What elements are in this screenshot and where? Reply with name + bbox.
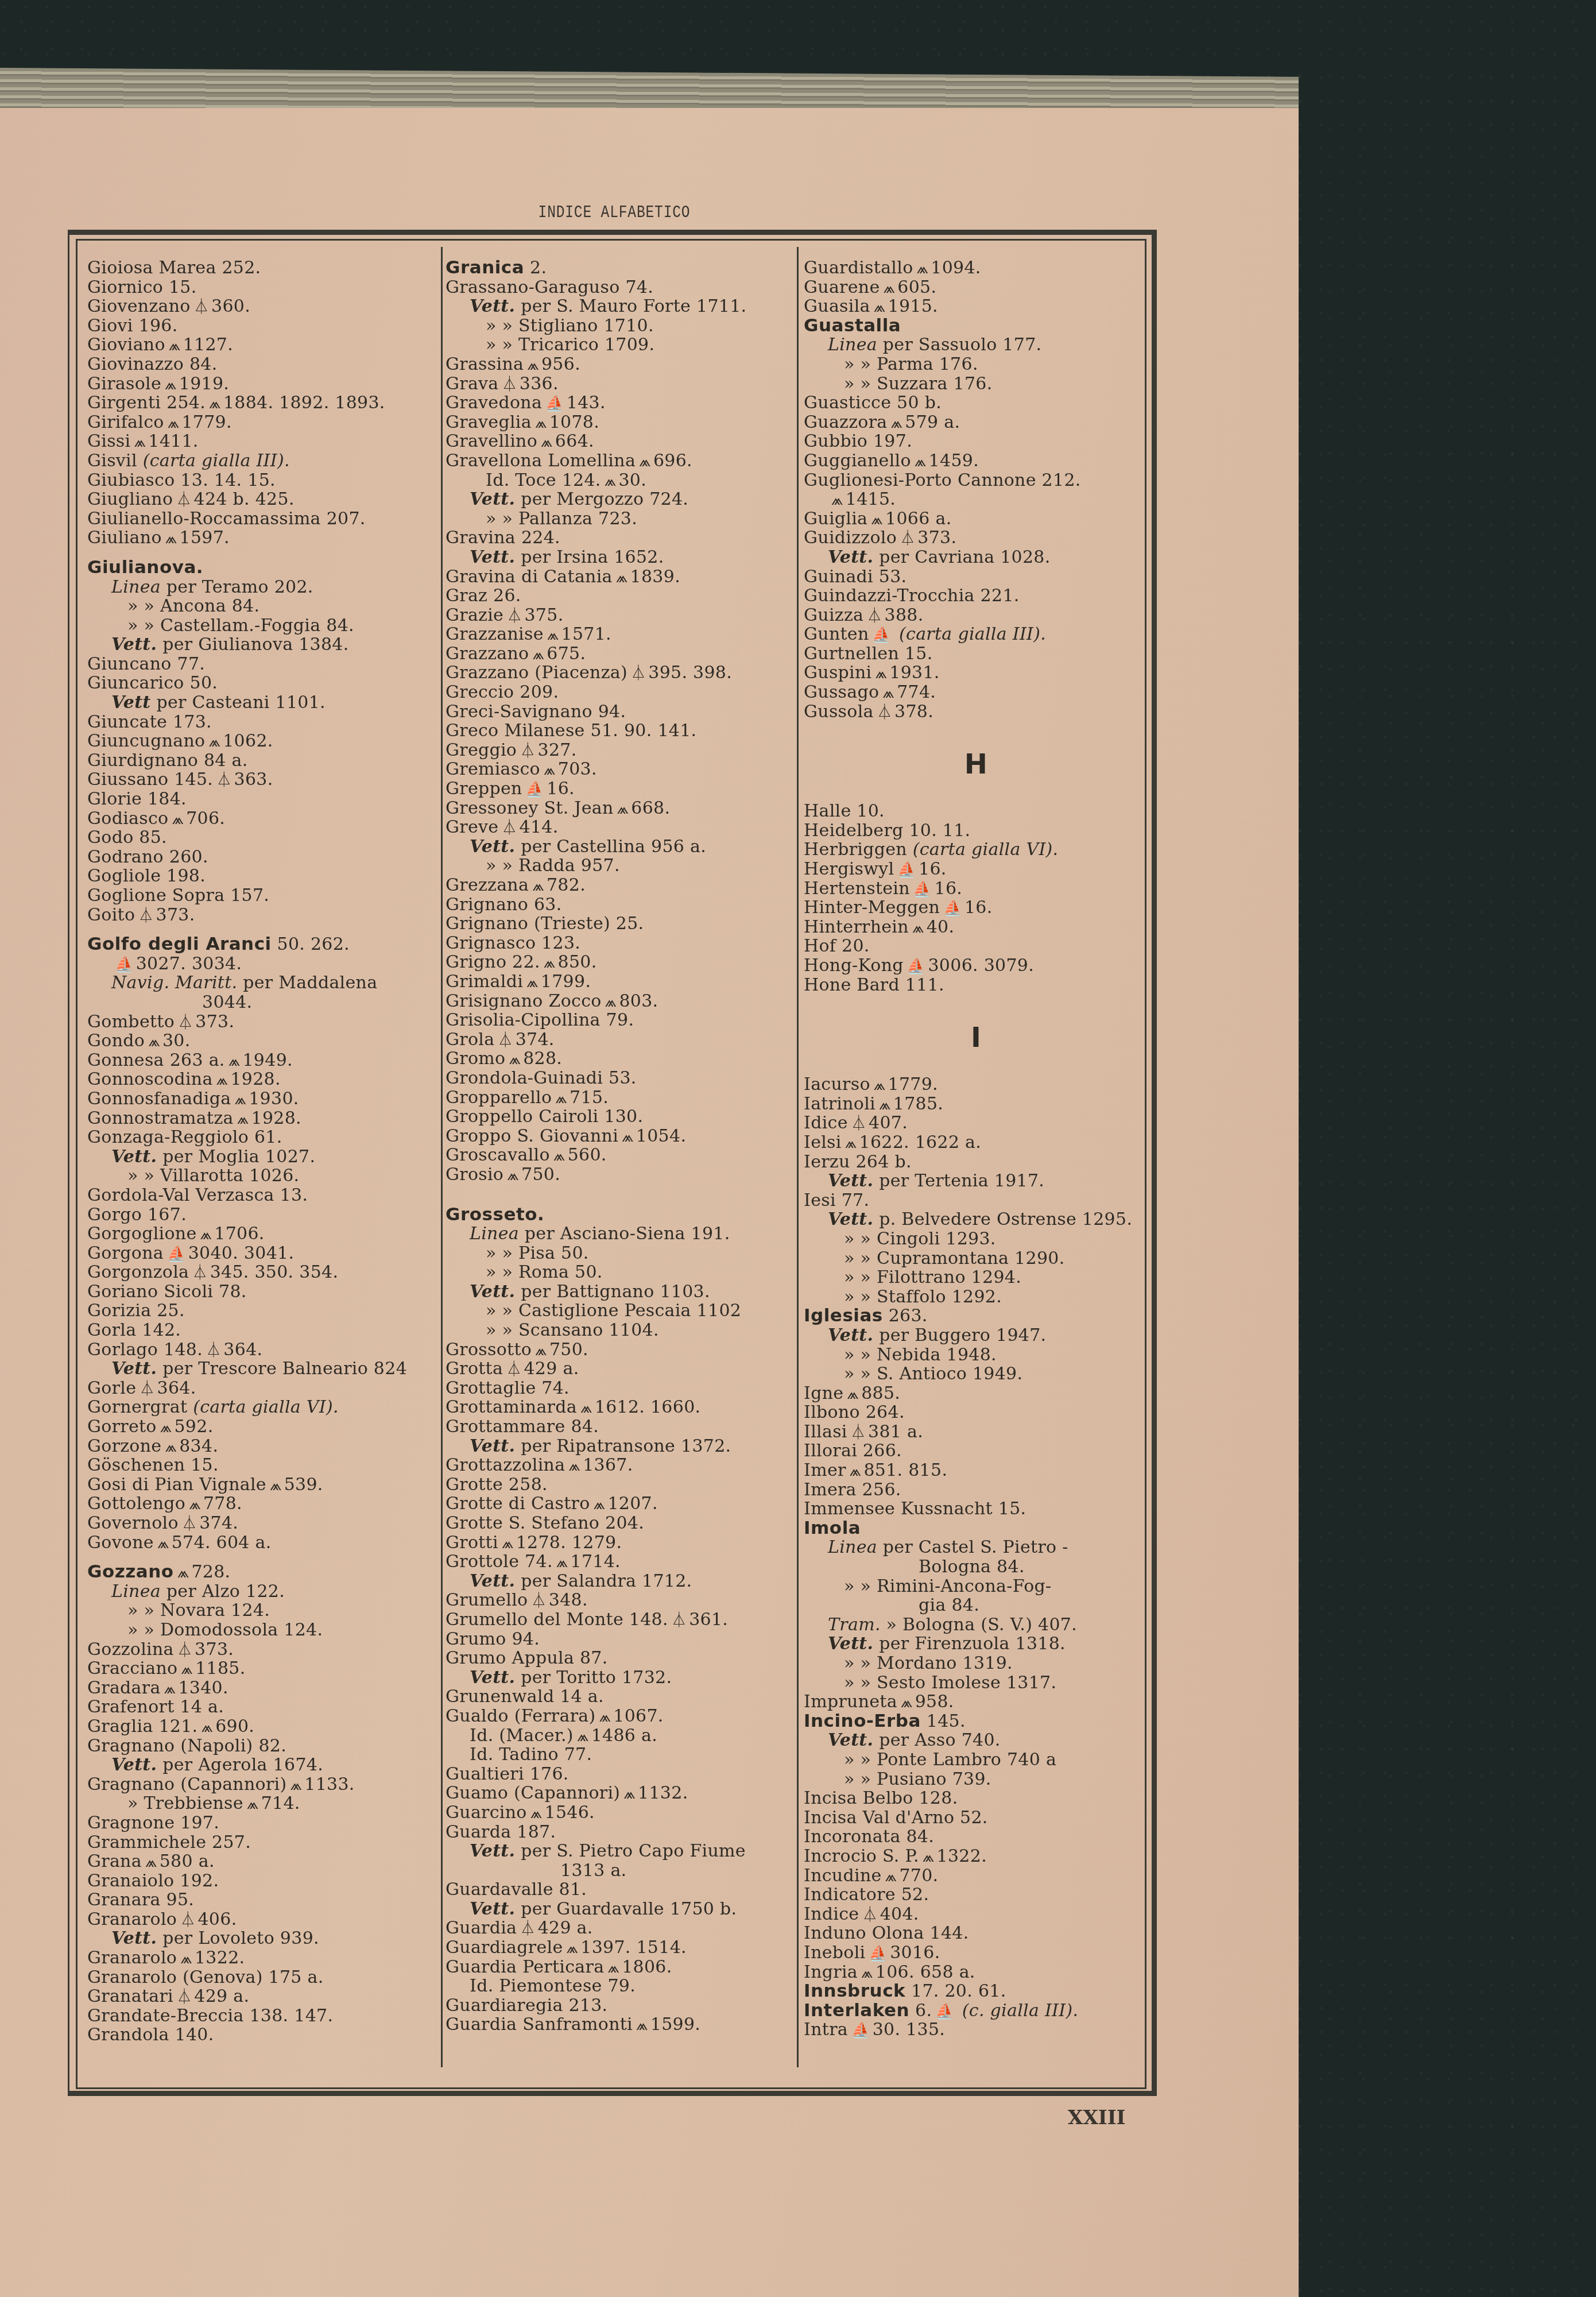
entry-text: Id. (Macer.)	[470, 1726, 574, 1746]
index-column-2: Granica 2.Grassano-Garaguso 74.Vett. per…	[446, 258, 790, 2035]
entry-refs: 1622. 1622 a.	[859, 1132, 982, 1153]
post-coach-icon: ⩕	[553, 1147, 565, 1166]
entry-text: Guardavalle 81.	[446, 1880, 587, 1900]
entry-text: Gozzolina	[87, 1639, 174, 1660]
entry-text: » Trebbiense	[127, 1793, 243, 1813]
entry-text: Gorzone	[87, 1436, 161, 1456]
tram-bell-icon: ⏃	[851, 1424, 866, 1443]
entry-text: Guardia Perticara	[446, 1957, 604, 1977]
index-entry: Guardia Sanframonti⩕1599.	[446, 2015, 790, 2035]
entry-text: Gussago	[804, 682, 879, 702]
steamboat-icon: ⛵	[913, 880, 932, 900]
post-coach-icon: ⩕	[535, 1341, 547, 1361]
index-sub-entry: » » Nebida 1948.	[804, 1345, 1148, 1365]
tram-bell-icon: ⏃	[177, 1988, 192, 2008]
entry-refs: 1919.	[179, 374, 229, 394]
index-sub-entry: Vett. per Trescore Balneario 824	[87, 1359, 432, 1379]
index-entry: Grosio⩕750.	[446, 1165, 790, 1185]
post-coach-icon: ⩕	[160, 1418, 172, 1438]
entry-text: Guasticce 50 b.	[804, 393, 942, 413]
index-entry: Guiglia⩕1066 a.	[804, 509, 1148, 529]
entry-refs: 1839.	[630, 567, 680, 587]
index-sub-entry: » » S. Antioco 1949.	[804, 1364, 1148, 1384]
post-coach-icon: ⩕	[850, 1462, 862, 1482]
index-entry: Groscavallo⩕560.	[446, 1146, 790, 1165]
entry-text: Grandate-Breccia 138. 147.	[87, 2006, 333, 2026]
index-sub-entry: Vett. per Agerola 1674.	[87, 1755, 432, 1775]
index-entry: Grottazzolina⩕1367.	[446, 1456, 790, 1475]
index-sub-entry: Vett. per Cavriana 1028.	[804, 548, 1148, 567]
entry-text: Grumello del Monte 148.	[446, 1610, 668, 1630]
entry-refs: 560.	[568, 1145, 607, 1165]
index-entry: Hof 20.	[804, 937, 1148, 956]
index-entry: Godiasco⩕706.	[87, 809, 432, 829]
index-entry: Granarolo⩕1322.	[87, 1948, 432, 1968]
entry-text: Grondola-Guinadi 53.	[446, 1068, 637, 1088]
route-type-label: Linea	[828, 1537, 877, 1557]
index-entry: Grottammare 84.	[446, 1417, 790, 1437]
entry-text: Bologna 84.	[919, 1557, 1025, 1577]
entry-refs: 1133.	[304, 1774, 354, 1795]
entry-refs: 1930.	[249, 1089, 299, 1109]
entry-text: per Trescore Balneario 824	[162, 1359, 407, 1379]
index-sub-entry: » » Scansano 1104.	[446, 1321, 790, 1340]
entry-refs: 728.	[191, 1562, 230, 1582]
index-entry: Gravellino⩕664.	[446, 432, 790, 451]
entry-text: 1415.	[846, 489, 896, 509]
entry-refs: 381 a.	[868, 1422, 923, 1442]
entry-refs: 1322.	[195, 1948, 245, 1968]
entry-refs: 404.	[880, 1904, 919, 1924]
entry-text: Idice	[804, 1113, 848, 1133]
route-type-label: Linea	[111, 577, 161, 597]
index-entry: Guamo (Capannori)⩕1132.	[446, 1784, 790, 1803]
entry-refs: 668.	[631, 798, 670, 818]
index-entry: Grigno 22.⩕850.	[446, 953, 790, 972]
post-coach-icon: ⩕	[555, 1089, 567, 1109]
entry-text: Gorla 142.	[87, 1320, 181, 1340]
index-entry: Goglione Sopra 157.	[87, 886, 432, 906]
entry-refs: 388.	[885, 605, 924, 625]
entry-text: Guidizzolo	[804, 528, 897, 548]
entry-refs: 956.	[541, 354, 580, 374]
index-sub-entry: Tram. » Bologna (S. V.) 407.	[804, 1615, 1148, 1635]
index-entry: Gosi di Pian Vignale⩕539.	[87, 1475, 432, 1495]
post-coach-icon: ⩕	[577, 1727, 589, 1747]
entry-text: Ineboli	[804, 1943, 865, 1963]
entry-refs: 1546.	[545, 1803, 595, 1823]
tram-bell-icon: ⏃	[192, 1264, 207, 1283]
entry-text: per Agerola 1674.	[162, 1755, 323, 1775]
entry-text: Guardiagrele	[446, 1938, 563, 1958]
post-coach-icon: ⩕	[532, 645, 544, 665]
tram-bell-icon: ⏃	[216, 771, 231, 791]
index-entry: Incoronata 84.	[804, 1827, 1148, 1847]
entry-text: Greve	[446, 817, 498, 837]
vett-label: Vett.	[111, 1755, 157, 1775]
entry-text: Gualtieri 176.	[446, 1764, 569, 1784]
heading-name: Innsbruck	[804, 1981, 905, 2001]
vett-label: Vett.	[828, 1634, 873, 1654]
entry-text: Grigno 22.	[446, 952, 540, 972]
entry-text: Grotte di Castro	[446, 1494, 590, 1514]
index-sub-entry: Linea per Sassuolo 177.	[804, 335, 1148, 355]
entry-refs: 958.	[915, 1692, 954, 1712]
entry-text: per Teramo 202.	[166, 577, 313, 597]
index-sub-entry: Id. Toce 124.⩕30.	[446, 471, 790, 490]
post-coach-icon: ⩕	[237, 1110, 249, 1130]
entry-refs: 1949.	[242, 1050, 292, 1070]
index-entry: Gordola-Val Verzasca 13.	[87, 1186, 432, 1205]
entry-text: per Castel S. Pietro -	[883, 1537, 1068, 1557]
entry-text: Graz 26.	[446, 586, 521, 606]
index-entry: Grava⏃336.	[446, 374, 790, 394]
entry-text: Gorgona	[87, 1243, 164, 1263]
entry-text: per Guardavalle 1750 b.	[521, 1899, 737, 1919]
entry-text: Illasi	[804, 1422, 847, 1442]
entry-text: Gioiosa Marea 252.	[87, 258, 261, 278]
entry-text: Granarolo	[87, 1948, 177, 1968]
entry-text: Gornergrat	[87, 1397, 187, 1417]
entry-refs: 1094.	[931, 258, 981, 278]
index-sub-entry: » » Staffolo 1292.	[804, 1287, 1148, 1307]
post-coach-icon: ⩕	[885, 1867, 897, 1887]
index-entry: Guarcino⩕1546.	[446, 1803, 790, 1823]
index-entry: Guardia Perticara⩕1806.	[446, 1958, 790, 1977]
index-entry: Granaiolo 192.	[87, 1871, 432, 1891]
post-coach-icon: ⩕	[871, 511, 883, 530]
post-coach-icon: ⩕	[622, 1128, 634, 1147]
index-entry: Grignano (Trieste) 25.	[446, 914, 790, 934]
tram-bell-icon: ⏃	[140, 1380, 154, 1399]
tram-bell-icon: ⏃	[498, 1031, 513, 1051]
entry-text: p. Belvedere Ostrense 1295.	[879, 1209, 1132, 1229]
index-entry: Gissi⩕1411.	[87, 432, 432, 451]
entry-text: Incoronata 84.	[804, 1827, 934, 1847]
entry-refs: 1597.	[180, 528, 230, 548]
entry-text: Govone	[87, 1533, 154, 1553]
entry-refs: 1062.	[223, 731, 273, 751]
entry-text: per Ripatransone 1372.	[521, 1436, 731, 1456]
index-sub-entry: gia 84.	[804, 1596, 1148, 1615]
entry-text: Giugliano	[87, 489, 173, 509]
index-entry: Iacurso⩕1779.	[804, 1075, 1148, 1095]
index-entry: Giuncugnano⩕1062.	[87, 732, 432, 751]
entry-refs: 778.	[203, 1494, 242, 1514]
entry-text: Gissi	[87, 431, 130, 451]
index-entry: Giulianello-Roccamassima 207.	[87, 509, 432, 529]
post-coach-icon: ⩕	[228, 1052, 241, 1072]
entry-text: Grossotto	[446, 1340, 532, 1360]
entry-text: Imer	[804, 1460, 846, 1480]
vett-label: Vett.	[828, 1730, 873, 1750]
entry-refs: 782.	[547, 875, 586, 895]
index-entry: Gonnesa 263 a.⩕1949.	[87, 1051, 432, 1070]
entry-text: Hergiswyl	[804, 859, 894, 879]
index-entry: Gorgona⛵3040. 3041.	[87, 1244, 432, 1263]
entry-text: Grana	[87, 1851, 142, 1871]
entry-text: Iatrinoli	[804, 1094, 876, 1114]
post-coach-icon: ⩕	[617, 800, 629, 819]
index-entry: Illorai 266.	[804, 1441, 1148, 1461]
entry-refs: 850.	[558, 952, 597, 972]
entry-text: Id. Piemontese 79.	[470, 1976, 636, 1996]
index-sub-entry: » » Castellam.-Foggia 84.	[87, 616, 432, 636]
post-coach-icon: ⩕	[879, 1096, 891, 1115]
index-entry: Glorie 184.	[87, 790, 432, 809]
vett-label: Vett.	[470, 489, 515, 509]
entry-refs: 263.	[889, 1306, 928, 1326]
entry-text: Guardistallo	[804, 258, 913, 278]
heading-name: Granica	[446, 257, 524, 278]
post-coach-icon: ⩕	[180, 1950, 192, 1969]
index-entry: Gombetto⏃373.	[87, 1012, 432, 1032]
entry-text: Hof 20.	[804, 936, 870, 956]
entry-refs: 1706.	[214, 1224, 264, 1244]
entry-refs: 774.	[897, 682, 936, 702]
entry-text: Giuncarico 50.	[87, 673, 218, 693]
entry-refs: 1785.	[893, 1094, 943, 1114]
entry-text: » » Villarotta 1026.	[127, 1166, 299, 1186]
entry-text: Giuncate 173.	[87, 712, 212, 732]
entry-text: Gurtnellen 15.	[804, 644, 932, 664]
index-entry: Grotta⏃429 a.	[446, 1359, 790, 1379]
post-coach-icon: ⩕	[532, 877, 544, 896]
entry-text: Iesi 77.	[804, 1190, 869, 1211]
entry-refs: 1278. 1279.	[516, 1533, 622, 1553]
tram-bell-icon: ⏃	[138, 907, 153, 926]
index-sub-entry: » » Mordano 1319.	[804, 1654, 1148, 1673]
page-number: XXIII	[1068, 2106, 1125, 2129]
entry-refs: 1411.	[148, 431, 198, 451]
entry-text: Grottaglie 74.	[446, 1378, 570, 1398]
entry-text: Halle 10.	[804, 801, 885, 821]
entry-text: Granatari	[87, 1986, 173, 2006]
heading-name: Interlaken	[804, 2000, 909, 2021]
index-entry: Grignasco 123.	[446, 934, 790, 953]
index-entry: Grotte di Castro⩕1207.	[446, 1494, 790, 1514]
index-entry: Giovi 196.	[87, 316, 432, 336]
index-entry: Grotte 258.	[446, 1475, 790, 1495]
entry-refs: 373.	[195, 1639, 234, 1660]
entry-text: Indice	[804, 1904, 859, 1924]
post-coach-icon: ⩕	[890, 414, 902, 434]
index-entry: Girasole⩕1919.	[87, 374, 432, 394]
entry-text: Gondo	[87, 1031, 145, 1051]
post-coach-icon: ⩕	[270, 1476, 282, 1496]
entry-text: Ingria	[804, 1962, 858, 1982]
entry-text: Graveglia	[446, 412, 532, 432]
index-entry: Gressoney St. Jean⩕668.	[446, 799, 790, 818]
post-coach-icon: ⩕	[639, 453, 651, 472]
entry-text: » » Ancona 84.	[127, 596, 259, 616]
entry-text: Grazie	[446, 605, 503, 625]
entry-refs: 715.	[570, 1088, 609, 1108]
entry-refs: 364.	[223, 1340, 262, 1360]
index-entry: Herbriggen (carta gialla VI).	[804, 840, 1148, 860]
index-entry: Incudine⩕770.	[804, 1866, 1148, 1886]
index-entry: Gorle⏃364.	[87, 1379, 432, 1398]
entry-text: Gravellino	[446, 431, 537, 451]
post-coach-icon: ⩕	[544, 761, 556, 780]
entry-refs: 145.	[927, 1711, 966, 1731]
index-entry: Gravedona⛵143.	[446, 393, 790, 413]
post-coach-icon: ⩕	[607, 1959, 619, 1978]
entry-refs: 690.	[215, 1716, 254, 1737]
entry-text: » » Ponte Lambro 740 a	[844, 1750, 1056, 1770]
entry-text: Gravellona Lomellina	[446, 451, 636, 471]
index-sub-entry: » Trebbiense⩕714.	[87, 1794, 432, 1813]
post-coach-icon: ⩕	[876, 664, 888, 684]
index-entry: Hong-Kong⛵3006. 3079.	[804, 956, 1148, 976]
entry-text: Grafenort 14 a.	[87, 1697, 224, 1717]
entry-text: Gravedona	[446, 393, 542, 413]
entry-text: 1313 a.	[560, 1861, 626, 1881]
index-entry: Govone⩕574. 604 a.	[87, 1533, 432, 1553]
index-entry: Gornergrat (carta gialla VI).	[87, 1398, 432, 1417]
index-entry: Gorgonzola⏃345. 350. 354.	[87, 1263, 432, 1282]
vett-label: Vett.	[470, 296, 515, 316]
entry-text: Gonnesa 263 a.	[87, 1050, 225, 1070]
steamboat-icon: ⛵	[545, 395, 564, 414]
entry-text: » » Scansano 1104.	[486, 1320, 659, 1340]
tram-bell-icon: ⏃	[194, 298, 209, 318]
index-entry: Gussola⏃378.	[804, 702, 1148, 722]
post-coach-icon: ⩕	[181, 1660, 193, 1680]
entry-refs: 1127.	[183, 335, 233, 355]
index-sub-entry: Vett. per Tertenia 1917.	[804, 1171, 1148, 1191]
index-sub-entry: Vett. p. Belvedere Ostrense 1295.	[804, 1210, 1148, 1229]
vett-label: Vett.	[470, 837, 515, 857]
index-entry: Gragnone 197.	[87, 1813, 432, 1833]
vett-label: Vett.	[828, 1325, 873, 1345]
entry-text: » » Filottrano 1294.	[844, 1267, 1021, 1287]
entry-refs: 828.	[523, 1049, 562, 1069]
index-entry: Gunten⛵ (carta gialla III).	[804, 625, 1148, 644]
index-sub-entry: Vett. per Irsina 1652.	[446, 548, 790, 567]
entry-text: Giurdignano 84 a.	[87, 751, 248, 771]
entry-text: » » Castiglione Pescaia 1102	[486, 1301, 741, 1321]
entry-refs: 1928.	[251, 1108, 301, 1128]
post-coach-icon: ⩕	[616, 569, 628, 588]
index-sub-entry: ⩕1415.	[804, 490, 1148, 509]
steamboat-icon: ⛵	[897, 861, 916, 880]
map-reference: (carta gialla VI).	[913, 840, 1059, 860]
entry-text: Granaiolo 192.	[87, 1871, 219, 1891]
index-entry: Ielsi⩕1622. 1622 a.	[804, 1133, 1148, 1153]
index-entry: Intra⛵30. 135.	[804, 2020, 1148, 2040]
post-coach-icon: ⩕	[831, 491, 843, 511]
entry-text: » » Tricarico 1709.	[486, 335, 654, 355]
entry-text: Immensee Kussnacht 15.	[804, 1499, 1026, 1519]
entry-text: Gogliole 198.	[87, 866, 206, 886]
entry-refs: 30.	[618, 470, 646, 490]
entry-text: Grotte S. Stefano 204.	[446, 1513, 644, 1533]
entry-text: Guinadi 53.	[804, 567, 907, 587]
entry-text: Guamo (Capannori)	[446, 1783, 620, 1803]
index-entry: Grotte S. Stefano 204.	[446, 1514, 790, 1533]
entry-text: Goglione Sopra 157.	[87, 885, 269, 906]
vett-label: Vett.	[470, 1436, 515, 1456]
entry-text: Grumello	[446, 1590, 528, 1610]
index-entry: Granarolo⏃406.	[87, 1910, 432, 1929]
entry-refs: 1340.	[178, 1678, 228, 1698]
entry-text: Grignano 63.	[446, 895, 562, 915]
tram-bell-icon: ⏃	[502, 819, 517, 838]
post-coach-icon: ⩕	[845, 1134, 857, 1154]
entry-text: » » Pisa 50.	[486, 1243, 589, 1263]
entry-refs: 1599.	[650, 2014, 700, 2035]
index-sub-entry: Id. (Macer.)⩕1486 a.	[446, 1726, 790, 1746]
index-entry: Grumo Appula 87.	[446, 1649, 790, 1668]
index-entry: Grumo 94.	[446, 1630, 790, 1649]
entry-text: » » Domodossola 124.	[127, 1620, 323, 1640]
map-reference: (carta gialla III).	[143, 451, 290, 471]
index-entry: Grottole 74.⩕1714.	[446, 1552, 790, 1572]
entry-refs: 1928.	[230, 1069, 280, 1089]
entry-text: Gualdo (Ferrara)	[446, 1706, 596, 1726]
index-sub-entry: » » Pallanza 723.	[446, 509, 790, 529]
index-entry: Ineboli⛵3016.	[804, 1943, 1148, 1963]
post-coach-icon: ⩕	[605, 472, 617, 492]
column-rule-2	[797, 247, 799, 2067]
entry-text: Giulianello-Roccamassima 207.	[87, 509, 366, 529]
index-entry: Greccio 209.	[446, 683, 790, 702]
entry-text: Grazzanise	[446, 624, 544, 644]
index-entry: Hergiswyl⛵16.	[804, 860, 1148, 879]
entry-refs: 1571.	[561, 624, 611, 644]
entry-text: Groscavallo	[446, 1145, 550, 1165]
index-entry: Greggio⏃327.	[446, 741, 790, 760]
index-column-1: Gioiosa Marea 252.Giornico 15.Giovenzano…	[87, 258, 432, 2045]
index-entry: Ingria⩕106. 658 a.	[804, 1963, 1148, 1982]
entry-text: Giussano 145.	[87, 769, 213, 790]
index-entry: Guidizzolo⏃373.	[804, 528, 1148, 548]
entry-text: Giovenzano	[87, 296, 191, 316]
entry-text: Incrocio S. P.	[804, 1846, 919, 1866]
index-sub-entry: Vett. per Asso 740.	[804, 1731, 1148, 1750]
index-sub-entry: 3044.	[87, 993, 432, 1012]
post-coach-icon: ⩕	[605, 993, 617, 1012]
entry-text: Grezzana	[446, 875, 529, 895]
index-entry: Gravina di Catania⩕1839.	[446, 567, 790, 587]
entry-text: Godrano 260.	[87, 847, 208, 867]
entry-text: » » Pusiano 739.	[844, 1769, 991, 1789]
vett-label: Vett.	[828, 1171, 873, 1191]
entry-text: Gonnosfanadiga	[87, 1089, 231, 1109]
index-sub-entry: » » Villarotta 1026.	[87, 1166, 432, 1186]
entry-text: » Bologna (S. V.) 407.	[886, 1615, 1077, 1635]
post-coach-icon: ⩕	[209, 395, 221, 414]
route-type-label: Linea	[470, 1224, 519, 1244]
entry-text: Grottaminarda	[446, 1397, 577, 1417]
index-entry: Hinter-Meggen⛵16.	[804, 898, 1148, 918]
entry-refs: 1322.	[937, 1846, 987, 1866]
index-entry: Imera 256.	[804, 1480, 1148, 1500]
entry-text: Granarolo (Genova) 175 a.	[87, 1967, 324, 1987]
entry-text: Grotte 258.	[446, 1475, 548, 1495]
entry-refs: 364.	[157, 1378, 196, 1398]
entry-text: per Buggero 1947.	[879, 1325, 1046, 1345]
entry-refs: 1799.	[541, 972, 591, 992]
entry-text: Induno Olona 144.	[804, 1923, 969, 1943]
index-entry: Gorlago 148.⏃364.	[87, 1340, 432, 1360]
entry-text: » » Nebida 1948.	[844, 1345, 997, 1365]
post-coach-icon: ⩕	[134, 433, 146, 453]
entry-text: Grandola 140.	[87, 2025, 214, 2045]
entry-refs: 1054.	[636, 1126, 686, 1146]
index-entry: Grandola 140.	[87, 2025, 432, 2045]
